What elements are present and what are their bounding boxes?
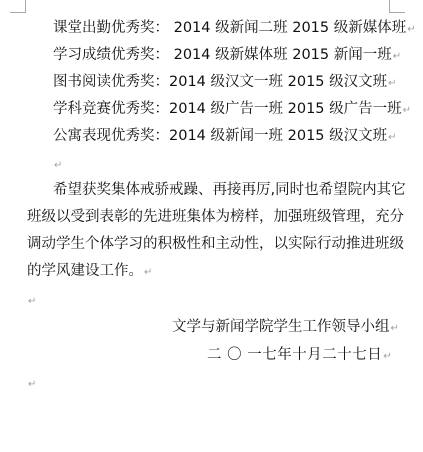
paragraph-mark-icon: ↵ xyxy=(391,323,399,334)
paragraph-mark-icon: ↵ xyxy=(144,267,152,278)
body-paragraph-line: 班级以受到表彰的先进班集体为榜样，加强班级管理，充分 xyxy=(27,208,404,226)
body-paragraph-line: 希望获奖集体戒骄戒躁、再接再厉,同时也希望院内其它 xyxy=(53,181,406,199)
paragraph-mark-icon: ↵ xyxy=(28,379,36,390)
signature-line: 文学与新闻学院学生工作领导小组↵ xyxy=(172,318,399,338)
date-line: 二 〇 一七年十月二十七日↵ xyxy=(207,346,392,366)
page-corner-mark-left xyxy=(10,0,26,13)
award-label: 课堂出勤优秀奖： xyxy=(53,20,169,36)
award-classes: 2014 级新闻二班 2015 级新媒体班 xyxy=(169,20,406,36)
body-paragraph-line-last: 的学风建设工作。↵ xyxy=(27,262,152,282)
paragraph-mark-icon: ↵ xyxy=(388,78,396,89)
paragraph-mark-icon: ↵ xyxy=(388,132,396,143)
award-label: 学科竞赛优秀奖： xyxy=(53,101,169,117)
award-classes: 2014 级新媒体班 2015 新闻一班 xyxy=(169,47,392,63)
award-line: 课堂出勤优秀奖： 2014 级新闻二班 2015 级新媒体班↵ xyxy=(53,19,416,39)
body-paragraph-text: 的学风建设工作。 xyxy=(27,263,143,279)
date-text: 二 〇 一七年十月二十七日 xyxy=(207,347,382,363)
award-classes: 2014 级汉文一班 2015 级汉文班 xyxy=(169,74,387,90)
paragraph-mark-icon: ↵ xyxy=(393,51,401,62)
award-classes: 2014 级广告一班 2015 级广告一班 xyxy=(169,101,402,117)
signature-text: 文学与新闻学院学生工作领导小组 xyxy=(172,319,390,335)
paragraph-mark-icon: ↵ xyxy=(383,351,392,362)
award-label: 图书阅读优秀奖： xyxy=(53,74,169,90)
award-label: 公寓表现优秀奖： xyxy=(53,128,169,144)
body-paragraph-line: 调动学生个体学习的积极性和主动性，以实际行动推进班级 xyxy=(27,235,404,253)
award-label: 学习成绩优秀奖： xyxy=(53,47,169,63)
paragraph-mark-icon: ↵ xyxy=(28,296,36,307)
empty-paragraph: ↵ xyxy=(53,155,62,175)
award-classes: 2014 级新闻一班 2015 级汉文班 xyxy=(169,128,387,144)
paragraph-mark-icon: ↵ xyxy=(407,24,415,35)
empty-paragraph: ↵ xyxy=(27,374,36,394)
award-line: 图书阅读优秀奖：2014 级汉文一班 2015 级汉文班↵ xyxy=(53,73,397,93)
paragraph-mark-icon: ↵ xyxy=(54,160,62,171)
award-line: 学习成绩优秀奖： 2014 级新媒体班 2015 新闻一班↵ xyxy=(53,46,401,66)
empty-paragraph: ↵ xyxy=(27,291,36,311)
award-line: 学科竞赛优秀奖：2014 级广告一班 2015 级广告一班↵ xyxy=(53,100,411,120)
page-corner-mark-right xyxy=(389,0,405,13)
paragraph-mark-icon: ↵ xyxy=(403,105,411,116)
award-line: 公寓表现优秀奖：2014 级新闻一班 2015 级汉文班↵ xyxy=(53,127,397,147)
